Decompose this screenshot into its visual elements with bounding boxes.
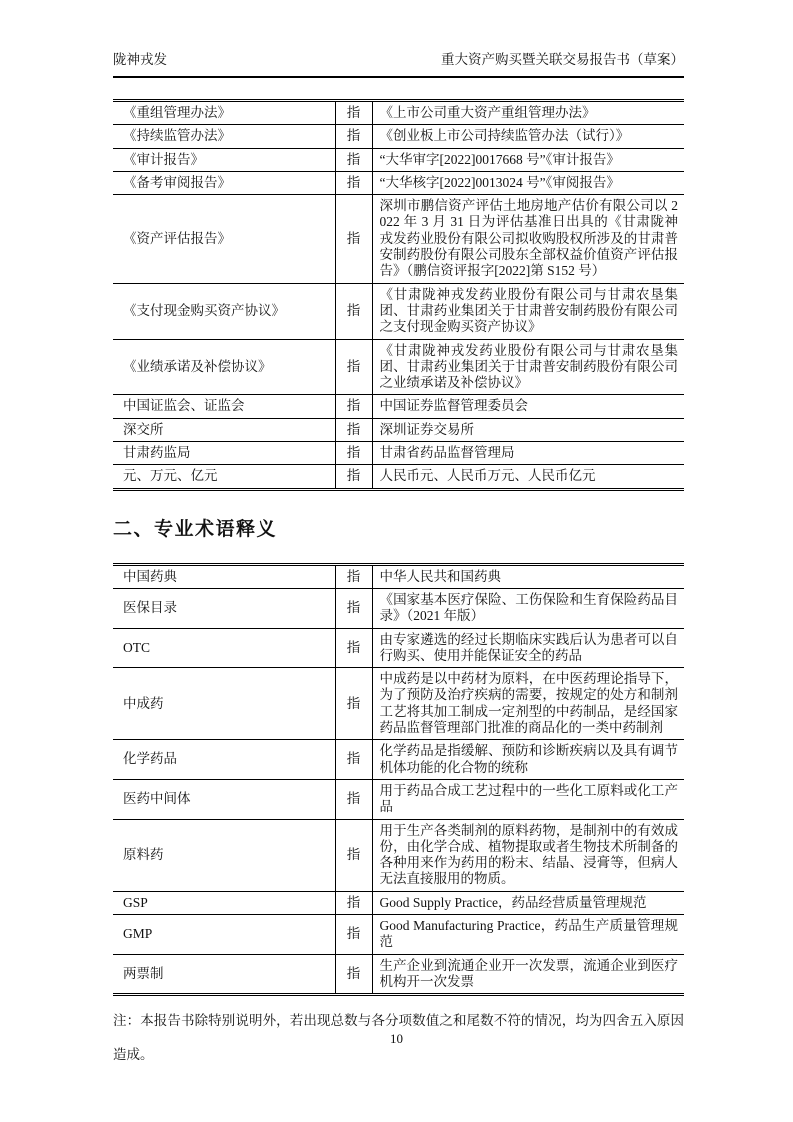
page-content: 陇神戎发 重大资产购买暨关联交易报告书（草案） 《重组管理办法》 指 《上市公司… — [113, 48, 684, 1072]
table-row: GSP 指 Good Supply Practice，药品经营质量管理规范 — [113, 891, 684, 914]
term-cell: 甘肃药监局 — [113, 442, 335, 465]
term-cell: 原料药 — [113, 819, 335, 891]
term-cell: 中国药典 — [113, 564, 335, 588]
term-cell: 中国证监会、证监会 — [113, 395, 335, 418]
indicator-cell: 指 — [335, 740, 372, 780]
indicator-cell: 指 — [335, 465, 372, 489]
table-row: 《备考审阅报告》 指 “大华核字[2022]0013024 号”《审阅报告》 — [113, 171, 684, 194]
term-cell: 《审计报告》 — [113, 148, 335, 171]
term-cell: 深交所 — [113, 418, 335, 441]
header-company-name: 陇神戎发 — [113, 48, 167, 68]
term-cell: 两票制 — [113, 954, 335, 995]
definition-cell: “大华审字[2022]0017668 号”《审计报告》 — [372, 148, 684, 171]
document-page: 陇神戎发 重大资产购买暨关联交易报告书（草案） 《重组管理办法》 指 《上市公司… — [0, 0, 793, 1122]
definition-cell: 人民币元、人民币万元、人民币亿元 — [372, 465, 684, 489]
table-row: OTC 指 由专家遴选的经过长期临床实践后认为患者可以自行购买、使用并能保证安全… — [113, 628, 684, 668]
table-row: 化学药品 指 化学药品是指缓解、预防和诊断疾病以及具有调节机体功能的化合物的统称 — [113, 740, 684, 780]
table-row: 《审计报告》 指 “大华审字[2022]0017668 号”《审计报告》 — [113, 148, 684, 171]
table-row: 中国药典 指 中华人民共和国药典 — [113, 564, 684, 588]
term-cell: 化学药品 — [113, 740, 335, 780]
term-cell: 中成药 — [113, 668, 335, 740]
definitions-table-general: 《重组管理办法》 指 《上市公司重大资产重组管理办法》 《持续监管办法》 指 《… — [113, 99, 684, 491]
term-cell: GMP — [113, 914, 335, 954]
table-row: 《资产评估报告》 指 深圳市鹏信资产评估土地房地产估价有限公司以 2022 年 … — [113, 195, 684, 283]
term-cell: GSP — [113, 891, 335, 914]
header-report-title: 重大资产购买暨关联交易报告书（草案） — [441, 48, 684, 68]
definition-cell: 深圳证券交易所 — [372, 418, 684, 441]
table-row: 元、万元、亿元 指 人民币元、人民币万元、人民币亿元 — [113, 465, 684, 489]
indicator-cell: 指 — [335, 628, 372, 668]
indicator-cell: 指 — [335, 564, 372, 588]
definition-cell: Good Manufacturing Practice，药品生产质量管理规范 — [372, 914, 684, 954]
definition-cell: 深圳市鹏信资产评估土地房地产估价有限公司以 2022 年 3 月 31 日为评估… — [372, 195, 684, 283]
indicator-cell: 指 — [335, 954, 372, 995]
table-row: 《业绩承诺及补偿协议》 指 《甘肃陇神戎发药业股份有限公司与甘肃农垦集团、甘肃药… — [113, 339, 684, 395]
table-row: 医药中间体 指 用于药品合成工艺过程中的一些化工原料或化工产品 — [113, 779, 684, 819]
definition-cell: 生产企业到流通企业开一次发票，流通企业到医疗机构开一次发票 — [372, 954, 684, 995]
definition-cell: 中国证券监督管理委员会 — [372, 395, 684, 418]
table-row: 深交所 指 深圳证券交易所 — [113, 418, 684, 441]
definition-cell: 《创业板上市公司持续监管办法（试行）》 — [372, 125, 684, 148]
indicator-cell: 指 — [335, 395, 372, 418]
indicator-cell: 指 — [335, 779, 372, 819]
term-cell: 《备考审阅报告》 — [113, 171, 335, 194]
term-cell: 医药中间体 — [113, 779, 335, 819]
indicator-cell: 指 — [335, 668, 372, 740]
table-row: 《持续监管办法》 指 《创业板上市公司持续监管办法（试行）》 — [113, 125, 684, 148]
term-cell: 医保目录 — [113, 588, 335, 628]
indicator-cell: 指 — [335, 283, 372, 339]
indicator-cell: 指 — [335, 171, 372, 194]
indicator-cell: 指 — [335, 891, 372, 914]
definitions-table-terminology: 中国药典 指 中华人民共和国药典 医保目录 指 《国家基本医疗保险、工伤保险和生… — [113, 563, 684, 997]
indicator-cell: 指 — [335, 418, 372, 441]
definition-cell: 中华人民共和国药典 — [372, 564, 684, 588]
indicator-cell: 指 — [335, 148, 372, 171]
definition-cell: 甘肃省药品监督管理局 — [372, 442, 684, 465]
definition-cell: 《上市公司重大资产重组管理办法》 — [372, 101, 684, 125]
section-title: 二、专业术语释义 — [113, 514, 684, 541]
table-row: 两票制 指 生产企业到流通企业开一次发票，流通企业到医疗机构开一次发票 — [113, 954, 684, 995]
term-cell: 《持续监管办法》 — [113, 125, 335, 148]
term-cell: 《资产评估报告》 — [113, 195, 335, 283]
definition-cell: Good Supply Practice，药品经营质量管理规范 — [372, 891, 684, 914]
page-number: 10 — [0, 1031, 793, 1047]
definition-cell: 《甘肃陇神戎发药业股份有限公司与甘肃农垦集团、甘肃药业集团关于甘肃普安制药股份有… — [372, 283, 684, 339]
indicator-cell: 指 — [335, 125, 372, 148]
indicator-cell: 指 — [335, 442, 372, 465]
definition-cell: “大华核字[2022]0013024 号”《审阅报告》 — [372, 171, 684, 194]
table-row: 《支付现金购买资产协议》 指 《甘肃陇神戎发药业股份有限公司与甘肃农垦集团、甘肃… — [113, 283, 684, 339]
table-row: 甘肃药监局 指 甘肃省药品监督管理局 — [113, 442, 684, 465]
indicator-cell: 指 — [335, 339, 372, 395]
definition-cell: 中成药是以中药材为原料，在中医药理论指导下，为了预防及治疗疾病的需要，按规定的处… — [372, 668, 684, 740]
definition-cell: 用于药品合成工艺过程中的一些化工原料或化工产品 — [372, 779, 684, 819]
indicator-cell: 指 — [335, 588, 372, 628]
table-row: GMP 指 Good Manufacturing Practice，药品生产质量… — [113, 914, 684, 954]
table-row: 中成药 指 中成药是以中药材为原料，在中医药理论指导下，为了预防及治疗疾病的需要… — [113, 668, 684, 740]
term-cell: 元、万元、亿元 — [113, 465, 335, 489]
definition-cell: 《甘肃陇神戎发药业股份有限公司与甘肃农垦集团、甘肃药业集团关于甘肃普安制药股份有… — [372, 339, 684, 395]
table-row: 中国证监会、证监会 指 中国证券监督管理委员会 — [113, 395, 684, 418]
term-cell: 《业绩承诺及补偿协议》 — [113, 339, 335, 395]
indicator-cell: 指 — [335, 101, 372, 125]
table-row: 《重组管理办法》 指 《上市公司重大资产重组管理办法》 — [113, 101, 684, 125]
term-cell: 《支付现金购买资产协议》 — [113, 283, 335, 339]
definition-cell: 用于生产各类制剂的原料药物，是制剂中的有效成份，由化学合成、植物提取或者生物技术… — [372, 819, 684, 891]
indicator-cell: 指 — [335, 819, 372, 891]
indicator-cell: 指 — [335, 914, 372, 954]
page-header: 陇神戎发 重大资产购买暨关联交易报告书（草案） — [113, 48, 684, 78]
indicator-cell: 指 — [335, 195, 372, 283]
term-cell: OTC — [113, 628, 335, 668]
table-row: 原料药 指 用于生产各类制剂的原料药物，是制剂中的有效成份，由化学合成、植物提取… — [113, 819, 684, 891]
definition-cell: 《国家基本医疗保险、工伤保险和生育保险药品目录》（2021 年版） — [372, 588, 684, 628]
definition-cell: 化学药品是指缓解、预防和诊断疾病以及具有调节机体功能的化合物的统称 — [372, 740, 684, 780]
term-cell: 《重组管理办法》 — [113, 101, 335, 125]
table-row: 医保目录 指 《国家基本医疗保险、工伤保险和生育保险药品目录》（2021 年版） — [113, 588, 684, 628]
definition-cell: 由专家遴选的经过长期临床实践后认为患者可以自行购买、使用并能保证安全的药品 — [372, 628, 684, 668]
